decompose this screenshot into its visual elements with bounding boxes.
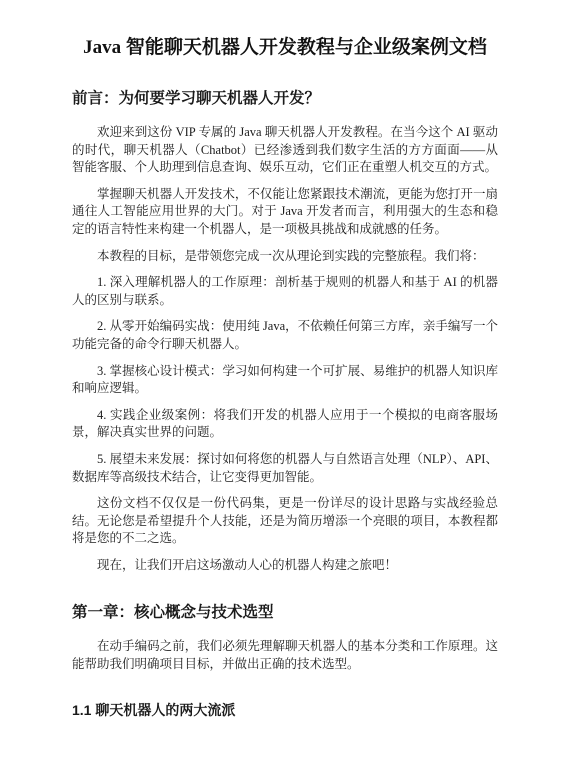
goal-list-item-4: 4. 实践企业级案例：将我们开发的机器人应用于一个模拟的电商客服场景，解决真实世…	[72, 407, 498, 442]
document-title: Java 智能聊天机器人开发教程与企业级案例文档	[72, 36, 498, 60]
chapter1-heading: 第一章：核心概念与技术选型	[72, 603, 498, 623]
preface-heading: 前言：为何要学习聊天机器人开发？	[72, 89, 498, 109]
section-1-1-heading: 1.1 聊天机器人的两大流派	[72, 701, 498, 719]
chapter1-paragraph-1: 在动手编码之前，我们必须先理解聊天机器人的基本分类和工作原理。这能帮助我们明确项…	[72, 638, 498, 673]
goal-list-item-2: 2. 从零开始编码实战：使用纯 Java，不依赖任何第三方库，亲手编写一个功能完…	[72, 318, 498, 353]
goal-list-item-1: 1. 深入理解机器人的工作原理：剖析基于规则的机器人和基于 AI 的机器人的区别…	[72, 274, 498, 309]
document-page: Java 智能聊天机器人开发教程与企业级案例文档 前言：为何要学习聊天机器人开发…	[0, 0, 570, 777]
preface-paragraph-1: 欢迎来到这份 VIP 专属的 Java 聊天机器人开发教程。在当今这个 AI 驱…	[72, 124, 498, 177]
preface-paragraph-2: 掌握聊天机器人开发技术，不仅能让您紧跟技术潮流，更能为您打开一扇通往人工智能应用…	[72, 186, 498, 239]
goal-list-item-3: 3. 掌握核心设计模式：学习如何构建一个可扩展、易维护的机器人知识库和响应逻辑。	[72, 363, 498, 398]
preface-closing-paragraph-1: 这份文档不仅仅是一份代码集，更是一份详尽的设计思路与实战经验总结。无论您是希望提…	[72, 495, 498, 548]
goal-list-item-5: 5. 展望未来发展：探讨如何将您的机器人与自然语言处理（NLP）、API、数据库…	[72, 451, 498, 486]
preface-paragraph-3: 本教程的目标，是带领您完成一次从理论到实践的完整旅程。我们将：	[72, 248, 498, 266]
preface-closing-paragraph-2: 现在，让我们开启这场激动人心的机器人构建之旅吧！	[72, 557, 498, 575]
